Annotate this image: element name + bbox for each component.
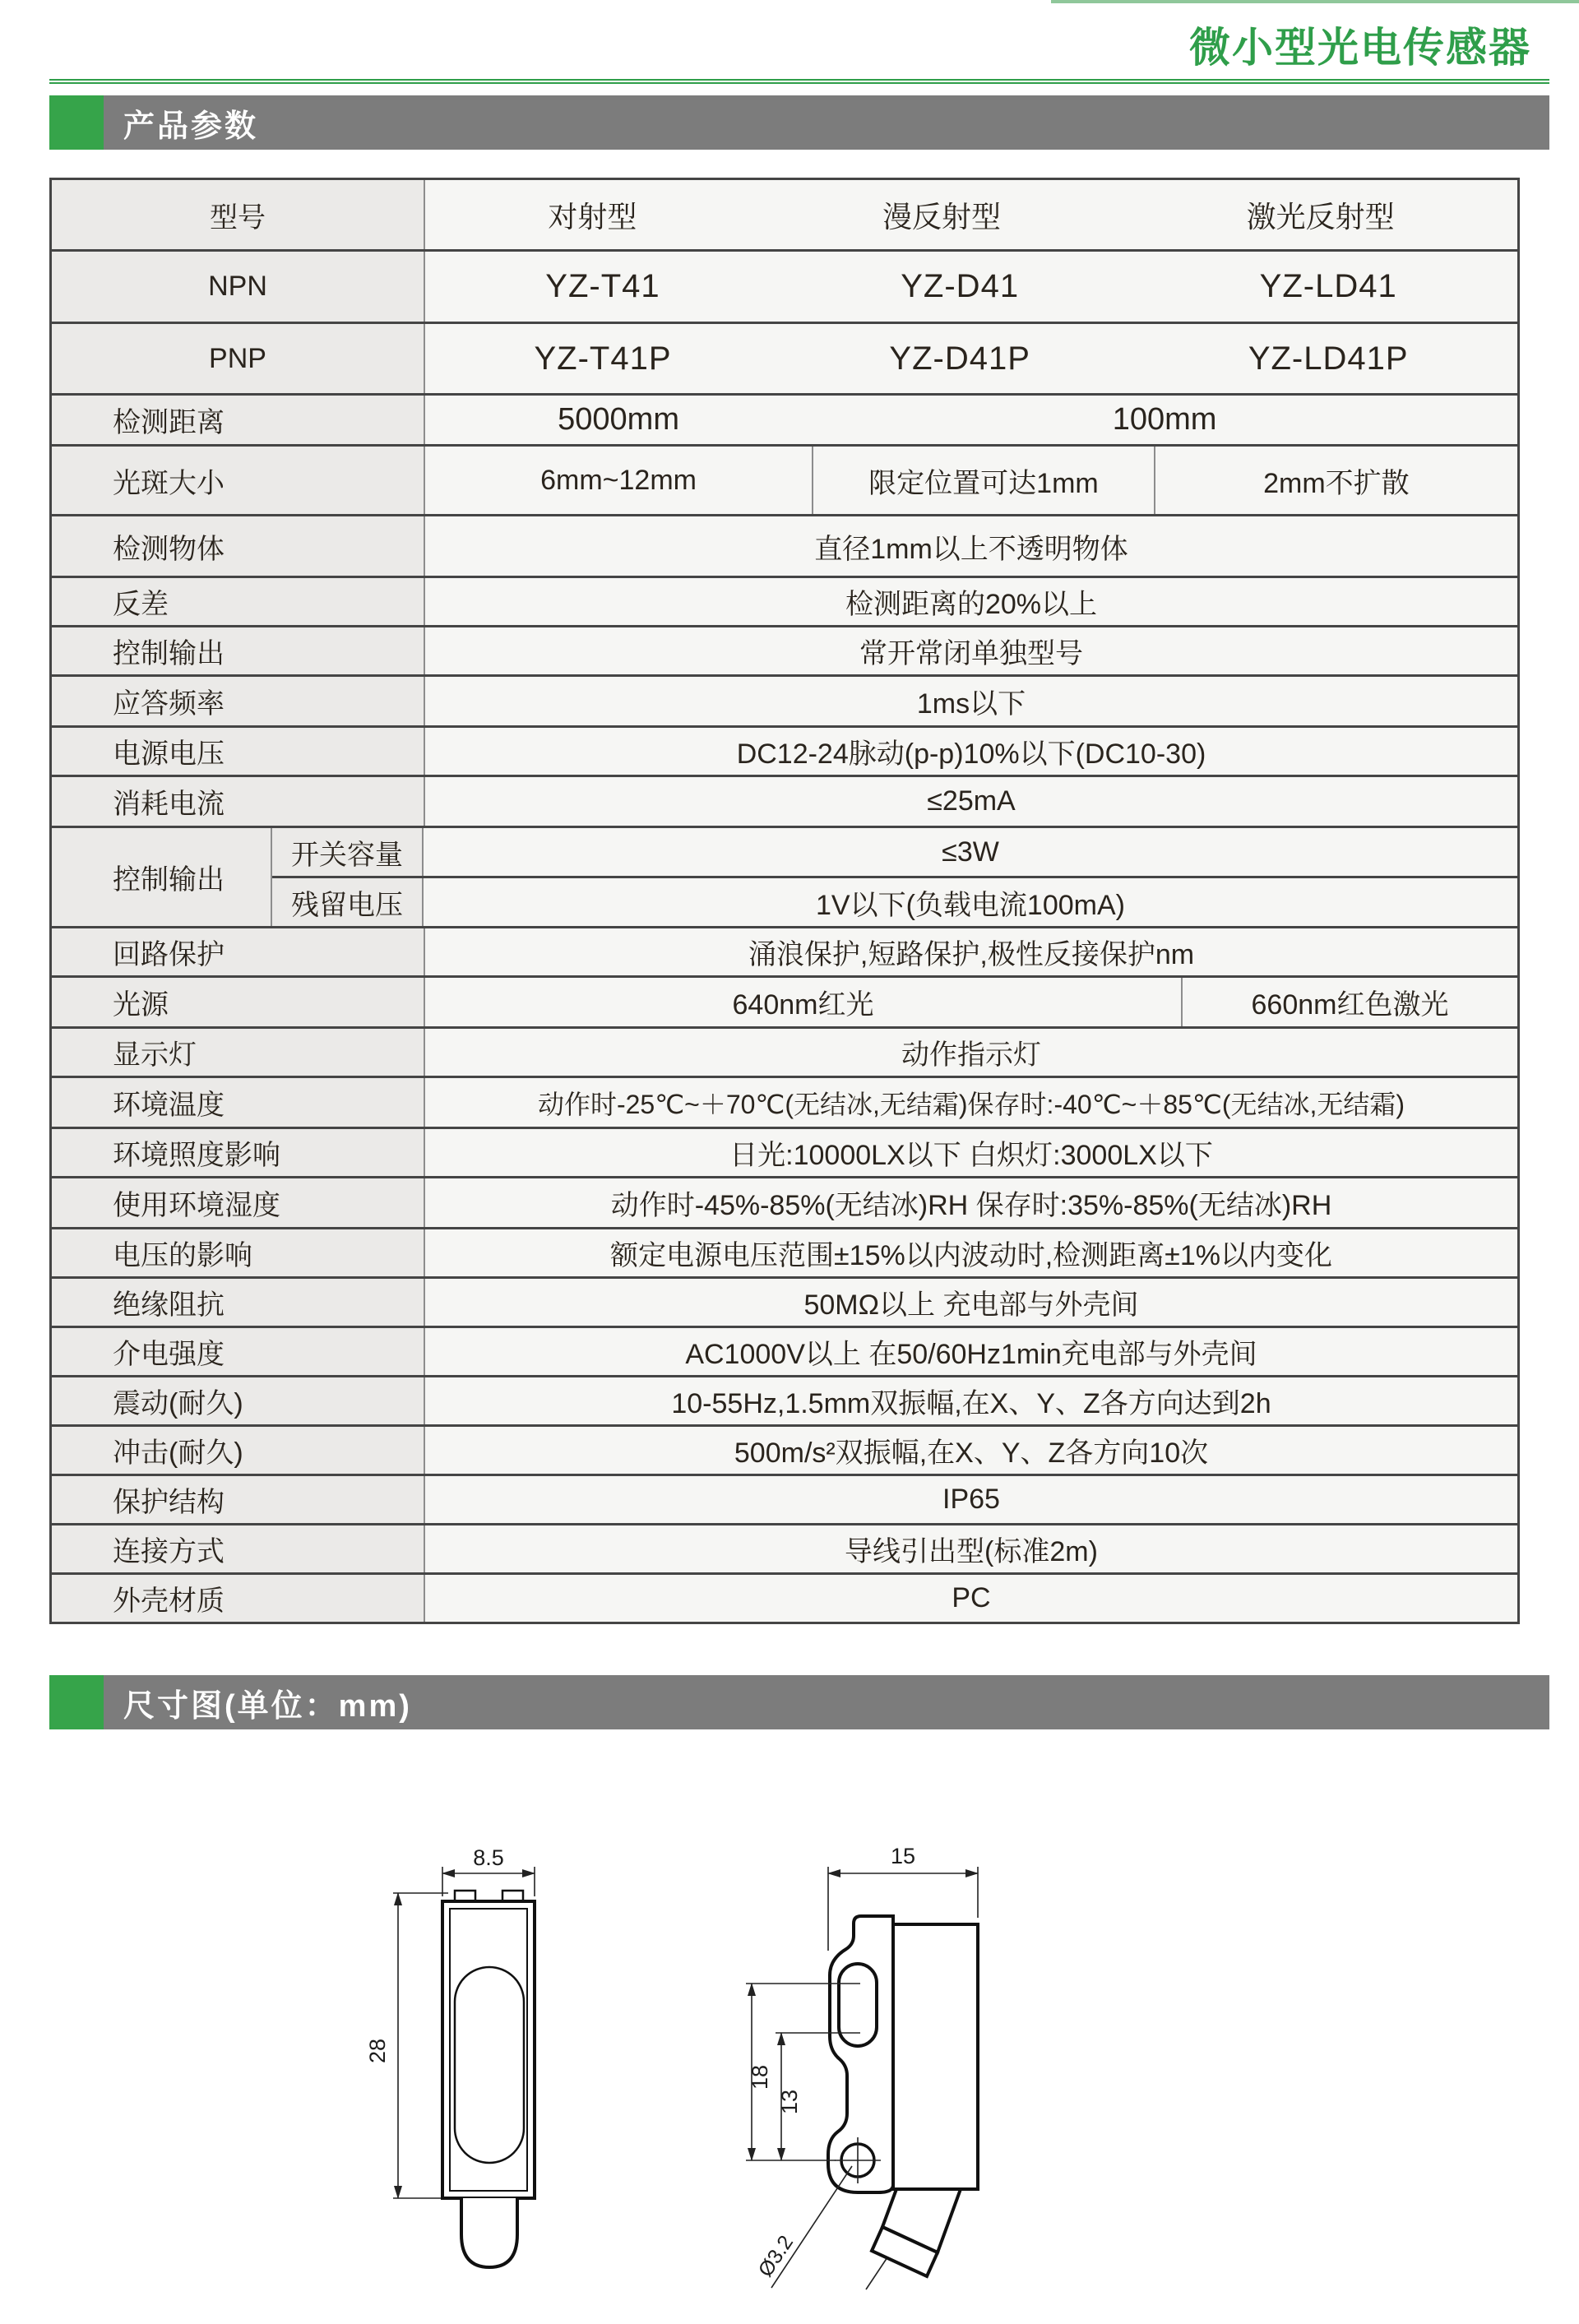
model-code: YZ-LD41P (1139, 324, 1517, 393)
row-label: 反差 (52, 578, 425, 625)
table-row-ambient-light: 环境照度影响 日光:10000LX以下 白炽灯:3000LX以下 (52, 1127, 1517, 1176)
table-row-light-source: 光源 640nm红光 660nm红色激光 (52, 975, 1517, 1026)
row-label: 检测物体 (52, 516, 425, 576)
cell-value: ≤25mA (425, 777, 1517, 826)
row-label: 冲击(耐久) (52, 1427, 425, 1474)
row-label: 型号 (52, 180, 425, 249)
table-row-connection: 连接方式 导线引出型(标准2m) (52, 1523, 1517, 1572)
header-divider (49, 79, 1549, 84)
lens-window (455, 1967, 524, 2163)
row-label: 使用环境湿度 (52, 1178, 425, 1227)
table-row-housing: 外壳材质 PC (52, 1572, 1517, 1622)
cell-value: 50MΩ以上 充电部与外壳间 (425, 1279, 1517, 1326)
cell-value: 100mm (812, 396, 1517, 444)
table-row-output-group: 控制输出 开关容量 ≤3W 残留电压 1V以下(负载电流100mA) (52, 826, 1517, 926)
row-label: 检测距离 (52, 396, 425, 444)
cell-value: 额定电源电压范围±15%以内波动时,检测距离±1%以内变化 (425, 1229, 1517, 1276)
cell-value: 6mm~12mm (425, 447, 812, 514)
cell-value: 10-55Hz,1.5mm双振幅,在X、Y、Z各方向达到2h (425, 1377, 1517, 1424)
model-code: YZ-D41P (780, 324, 1139, 393)
table-subrow-residual-voltage: 残留电压 1V以下(负载电流100mA) (272, 876, 1517, 926)
cable-bushing (461, 2198, 517, 2267)
cell-value: 1V以下(负载电流100mA) (424, 878, 1517, 926)
table-row-control-output: 控制输出 常开常闭单独型号 (52, 625, 1517, 674)
cell-value: 导线引出型(标准2m) (425, 1525, 1517, 1572)
table-row-consumption: 消耗电流 ≤25mA (52, 775, 1517, 826)
model-code: YZ-LD41 (1139, 252, 1517, 322)
cell-value: 1ms以下 (425, 677, 1517, 725)
row-label: 外壳材质 (52, 1575, 425, 1622)
dimension-label-depth: 15 (891, 1844, 915, 1868)
row-label: 控制输出 (52, 627, 425, 674)
row-label: 介电强度 (52, 1328, 425, 1375)
row-label: 环境照度影响 (52, 1129, 425, 1176)
table-row-voltage-influence: 电压的影响 额定电源电压范围±15%以内波动时,检测距离±1%以内变化 (52, 1227, 1517, 1276)
row-label: PNP (52, 324, 425, 393)
cell-value: DC12-24脉动(p-p)10%以下(DC10-30) (425, 728, 1517, 775)
cell-value: ≤3W (424, 828, 1517, 876)
model-code: YZ-D41 (780, 252, 1139, 322)
section-bar-green-square (49, 95, 104, 150)
table-row-indicator: 显示灯 动作指示灯 (52, 1026, 1517, 1076)
row-label: NPN (52, 252, 425, 322)
row-label: 光源 (52, 978, 425, 1026)
section-title: 产品参数 (104, 95, 258, 150)
row-label: 环境温度 (52, 1078, 425, 1127)
dimension-label-hole-dia: Ø3.2 (754, 2231, 799, 2281)
section-bar-dimensions: 尺寸图(单位：mm) (49, 1675, 1549, 1729)
cell-value: AC1000V以上 在50/60Hz1min充电部与外壳间 (425, 1328, 1517, 1375)
cell-value: 直径1mm以上不透明物体 (425, 516, 1517, 576)
page-title: 微小型光电传感器 (49, 0, 1549, 79)
cell-value: 动作时-45%-85%(无结冰)RH 保存时:35%-85%(无结冰)RH (425, 1178, 1517, 1227)
row-label: 应答频率 (52, 677, 425, 725)
dimension-label-width: 8.5 (473, 1845, 504, 1870)
type-header: 对射型 (425, 180, 760, 249)
row-label: 显示灯 (52, 1029, 425, 1076)
type-header: 激光反射型 (1123, 180, 1517, 249)
spec-table: 型号 对射型 漫反射型 激光反射型 NPN YZ-T41 YZ-D41 YZ-L… (49, 178, 1520, 1624)
model-code: YZ-T41P (425, 324, 780, 393)
side-view: 15 18 13 Ø3.2 (746, 1844, 978, 2289)
table-row-response: 应答频率 1ms以下 (52, 674, 1517, 725)
table-subrow-switch-capacity: 开关容量 ≤3W (272, 828, 1517, 876)
cell-value: 动作指示灯 (425, 1029, 1517, 1076)
table-row-ambient-temp: 环境温度 动作时-25℃~＋70℃(无结冰,无结霜)保存时:-40℃~＋85℃(… (52, 1076, 1517, 1127)
table-row-npn: NPN YZ-T41 YZ-D41 YZ-LD41 (52, 249, 1517, 322)
section-title: 尺寸图(单位：mm) (104, 1675, 412, 1729)
table-row-dielectric: 介电强度 AC1000V以上 在50/60Hz1min充电部与外壳间 (52, 1326, 1517, 1375)
mounting-slot (839, 1964, 877, 2046)
table-row-spot-size: 光斑大小 6mm~12mm 限定位置可达1mm 2mm不扩散 (52, 444, 1517, 514)
cell-value: 660nm红色激光 (1181, 978, 1517, 1026)
row-label: 回路保护 (52, 928, 425, 975)
cell-value: 500m/s²双振幅,在X、Y、Z各方向10次 (425, 1427, 1517, 1474)
group-row-label: 控制输出 (52, 828, 272, 926)
table-row-ip-rating: 保护结构 IP65 (52, 1474, 1517, 1523)
row-label: 电压的影响 (52, 1229, 425, 1276)
table-row-shock: 冲击(耐久) 500m/s²双振幅,在X、Y、Z各方向10次 (52, 1424, 1517, 1474)
page-header: 微小型光电传感器 (49, 0, 1549, 84)
dimension-label-hole-pos: 13 (777, 2090, 802, 2114)
subrow-label: 开关容量 (272, 828, 424, 876)
cell-value: 常开常闭单独型号 (425, 627, 1517, 674)
table-row-model-header: 型号 对射型 漫反射型 激光反射型 (52, 180, 1517, 249)
row-label: 保护结构 (52, 1476, 425, 1523)
cell-value: 动作时-25℃~＋70℃(无结冰,无结霜)保存时:-40℃~＋85℃(无结冰,无… (425, 1078, 1517, 1127)
front-view: 8.5 28 (365, 1845, 535, 2267)
row-label: 震动(耐久) (52, 1377, 425, 1424)
dimension-drawings: 8.5 28 15 18 (49, 1783, 1549, 2324)
cell-value: 检测距离的20%以上 (425, 578, 1517, 625)
table-row-insulation: 绝缘阻抗 50MΩ以上 充电部与外壳间 (52, 1276, 1517, 1326)
subrow-label: 残留电压 (272, 878, 424, 926)
cell-value: IP65 (425, 1476, 1517, 1523)
leader-line (771, 2166, 852, 2288)
row-label: 消耗电流 (52, 777, 425, 826)
section-bar-green-square (49, 1675, 104, 1729)
row-label: 连接方式 (52, 1525, 425, 1572)
cell-value: 5000mm (425, 396, 812, 444)
section-bar-product-params: 产品参数 (49, 95, 1549, 150)
cell-value: 限定位置可达1mm (812, 447, 1154, 514)
table-row-circuit-protection: 回路保护 涌浪保护,短路保护,极性反接保护nm (52, 926, 1517, 975)
dimension-label-height: 28 (365, 2039, 390, 2063)
cell-value: 640nm红光 (425, 978, 1181, 1026)
table-row-object: 检测物体 直径1mm以上不透明物体 (52, 514, 1517, 576)
table-row-contrast: 反差 检测距离的20%以上 (52, 576, 1517, 625)
model-code: YZ-T41 (425, 252, 780, 322)
top-accent-strip (1051, 0, 1579, 3)
row-label: 绝缘阻抗 (52, 1279, 425, 1326)
table-row-vibration: 震动(耐久) 10-55Hz,1.5mm双振幅,在X、Y、Z各方向达到2h (52, 1375, 1517, 1424)
type-header: 漫反射型 (760, 180, 1124, 249)
dimension-label-slot: 18 (748, 2065, 772, 2090)
cell-value: 日光:10000LX以下 白炽灯:3000LX以下 (425, 1129, 1517, 1176)
table-row-humidity: 使用环境湿度 动作时-45%-85%(无结冰)RH 保存时:35%-85%(无结… (52, 1176, 1517, 1227)
table-row-distance: 检测距离 5000mm 100mm (52, 393, 1517, 444)
sensor-body-side (893, 1924, 978, 2189)
cell-value: PC (425, 1575, 1517, 1622)
table-row-pnp: PNP YZ-T41P YZ-D41P YZ-LD41P (52, 322, 1517, 393)
cell-value: 涌浪保护,短路保护,极性反接保护nm (425, 928, 1517, 975)
row-label: 电源电压 (52, 728, 425, 775)
table-row-supply-voltage: 电源电压 DC12-24脉动(p-p)10%以下(DC10-30) (52, 725, 1517, 775)
row-label: 光斑大小 (52, 447, 425, 514)
cell-value: 2mm不扩散 (1154, 447, 1517, 514)
